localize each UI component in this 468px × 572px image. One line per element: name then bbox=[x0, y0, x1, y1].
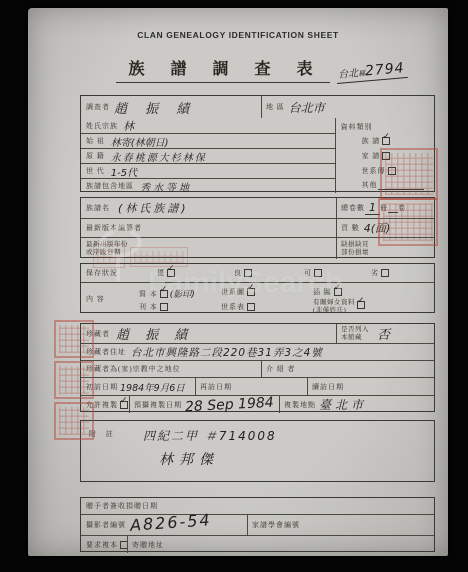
generation-value: 1-5代 bbox=[111, 164, 137, 179]
status-row: 珍藏者為(家)宗教中之地位 介 紹 者 bbox=[81, 360, 434, 377]
lineage-chart-option: 世系圖 ✓ bbox=[221, 287, 257, 297]
owner-table: 珍藏者 趙 振 績 是否列入 本館藏 否 珍藏者住址 台北市興隆路二段220巷3… bbox=[80, 323, 435, 412]
status-label: 珍藏者為(家)宗教中之地位 bbox=[86, 364, 181, 374]
copy-request-row: 要求複本 寄贈地址 bbox=[81, 535, 434, 553]
permit-checkbox: ✓ bbox=[120, 401, 128, 409]
listed-label: 是否列入 本館藏 bbox=[341, 326, 369, 341]
red-seal-stamp-right-lower bbox=[378, 198, 438, 246]
owner-value: 趙 振 績 bbox=[116, 324, 193, 343]
introducer-label: 介 紹 者 bbox=[266, 364, 296, 374]
form-eyebrow-title: CLAN GENEALOGY IDENTIFICATION SHEET bbox=[28, 30, 448, 40]
damage-label: 缺損缺頁 部份損壞 bbox=[341, 241, 369, 256]
microfilm-frame: CLAN GENEALOGY IDENTIFICATION SHEET 族 譜 … bbox=[0, 0, 468, 572]
manuscript-option: 寫 本 ✓ (影印) bbox=[139, 287, 195, 300]
illustration-checkbox: ✓ bbox=[334, 288, 342, 296]
manuscript-note: (影印) bbox=[170, 287, 195, 300]
copy-request-label: 要求複本 bbox=[86, 540, 118, 550]
origin-value: 永春桃源大杉林保 bbox=[111, 149, 207, 164]
visit-row: 初訪日期 1984年9月6日 再訪日期 續訪日期 bbox=[81, 377, 434, 395]
copy-place-label: 複製地點 bbox=[284, 400, 316, 410]
owner-row: 珍藏者 趙 振 績 是否列入 本館藏 否 bbox=[81, 324, 434, 343]
red-seal-stamp-left-2 bbox=[54, 361, 94, 399]
photographer-value: A826-54 bbox=[129, 510, 212, 535]
society-label: 家譜學會編號 bbox=[252, 520, 300, 530]
origin-row: 原 籍 永春桃源大杉林保 bbox=[81, 148, 335, 163]
surveyor-label: 調查者 bbox=[86, 102, 110, 112]
red-seal-stamp-faint-2 bbox=[130, 247, 188, 267]
title-label: 族譜名 bbox=[86, 203, 110, 213]
condition-label: 保存狀況 bbox=[86, 268, 118, 278]
first-visit-value: 1984年9月6日 bbox=[120, 380, 185, 394]
second-visit-cell: 再訪日期 bbox=[195, 378, 307, 395]
region-value: 秀水等地 bbox=[140, 179, 192, 194]
title-value: (林氏族譜) bbox=[118, 200, 189, 216]
category-genealogy-label: 族 譜 bbox=[362, 136, 381, 146]
good-checkbox bbox=[244, 269, 252, 277]
mail-cell: 寄贈地址 bbox=[127, 536, 436, 553]
women-data-checkbox: ✓ bbox=[357, 301, 365, 309]
ancestor-value: 林寄(林朝日) bbox=[111, 134, 169, 149]
red-seal-stamp-right-upper bbox=[380, 148, 438, 200]
content-label: 内 容 bbox=[86, 294, 105, 304]
condition-table: 保存狀況 優✓ 良 可 劣 内 容 寫 本 ✓ (影印 bbox=[80, 263, 435, 313]
category-label: 資料類別 bbox=[341, 122, 373, 132]
fair-checkbox bbox=[314, 269, 322, 277]
society-cell: 家譜學會編號 bbox=[247, 515, 436, 535]
ancestor-row: 始 祖 林寄(林朝日) bbox=[81, 133, 335, 148]
listed-value: 否 bbox=[377, 324, 390, 343]
copy-place-value: 臺北市 bbox=[319, 396, 367, 413]
area-label: 地 區 bbox=[266, 102, 285, 112]
generation-row: 世 代 1-5代 bbox=[81, 163, 335, 178]
women-data-label: 有關婦女資料 (非僅姓氏) bbox=[313, 299, 355, 314]
red-seal-stamp-faint-1 bbox=[93, 244, 125, 268]
editor-label: 最新版本編纂者 bbox=[86, 223, 142, 233]
clan-label: 姓氏宗族 bbox=[86, 121, 118, 131]
next-visit-label: 續訪日期 bbox=[312, 382, 344, 392]
surveyor-value: 趙 振 績 bbox=[114, 98, 196, 117]
red-seal-stamp-left-1 bbox=[54, 320, 94, 358]
red-seal-stamp-left-3 bbox=[54, 402, 94, 440]
photographer-label: 攝影者編號 bbox=[86, 520, 126, 530]
lineage-chart-checkbox: ✓ bbox=[247, 288, 255, 296]
donation-label: 贈予者簽收捐贈日期 bbox=[86, 501, 158, 511]
copy-row: 允許複製 ✓ 預攝複製日期 28 Sep 1984 複製地點 臺北市 bbox=[81, 395, 434, 413]
category-other-label: 其他 bbox=[362, 180, 378, 190]
notes-table: 附 註 四紀二甲 ＃714008 林邦傑 bbox=[80, 420, 435, 482]
copy-date-cell: 預攝複製日期 28 Sep 1984 bbox=[129, 396, 279, 413]
serial-digits: 2794 bbox=[364, 60, 405, 79]
print-option: 刊 本 bbox=[139, 302, 170, 312]
notes-line1: 四紀二甲 ＃714008 bbox=[143, 427, 277, 444]
region-label: 族譜包含地區 bbox=[86, 181, 134, 191]
pages-label: 頁 數 bbox=[341, 223, 360, 233]
copy-date-label: 預攝複製日期 bbox=[134, 400, 182, 410]
introducer-cell: 介 紹 者 bbox=[261, 361, 436, 377]
lineage-table-checkbox bbox=[247, 303, 255, 311]
content-row: 内 容 寫 本 ✓ (影印) 刊 本 世系圖 ✓ 世系表 bbox=[81, 282, 434, 314]
ancestor-label: 始 祖 bbox=[86, 136, 105, 146]
excellent-checkbox: ✓ bbox=[167, 269, 175, 277]
copy-place-cell: 複製地點 臺北市 bbox=[279, 396, 436, 413]
scanned-form-paper: CLAN GENEALOGY IDENTIFICATION SHEET 族 譜 … bbox=[28, 8, 448, 556]
form-title: 族 譜 調 查 表 bbox=[116, 56, 329, 83]
lineage-table-option: 世系表 bbox=[221, 302, 257, 312]
area-cell: 地 區 台北市 bbox=[261, 96, 436, 118]
condition-good: 良 bbox=[234, 268, 254, 278]
copy-date-value: 28 Sep 1984 bbox=[185, 394, 274, 415]
address-value: 台北市興隆路二段220巷31弄3之4號 bbox=[131, 345, 323, 360]
mail-label: 寄贈地址 bbox=[132, 540, 164, 550]
address-row: 珍藏者住址 台北市興隆路二段220巷31弄3之4號 bbox=[81, 343, 434, 360]
condition-poor: 劣 bbox=[371, 268, 391, 278]
illustration-option: 插 圖 ✓ bbox=[313, 287, 344, 297]
notes-line2: 林邦傑 bbox=[159, 449, 219, 469]
area-value: 台北市 bbox=[289, 99, 325, 116]
region-row: 族譜包含地區 秀水等地 bbox=[81, 178, 335, 193]
footer-table: 贈予者簽收捐贈日期 攝影者編號 A826-54 家譜學會編號 要求複本 寄贈地址 bbox=[80, 497, 435, 552]
poor-checkbox bbox=[381, 269, 389, 277]
clan-row: 姓氏宗族 林 bbox=[81, 118, 335, 133]
print-checkbox bbox=[160, 303, 168, 311]
volume-count-label: 總卷數 bbox=[341, 203, 365, 213]
serial-prefix: 台北 bbox=[338, 68, 359, 81]
category-genealogy-checkbox: ✓ bbox=[382, 137, 390, 145]
category-genealogy-option: 族 譜 ✓ bbox=[362, 136, 393, 146]
origin-label: 原 籍 bbox=[86, 151, 105, 161]
second-visit-label: 再訪日期 bbox=[200, 382, 232, 392]
photographer-row: 攝影者編號 A826-54 家譜學會編號 bbox=[81, 514, 434, 535]
women-data-option: 有關婦女資料 (非僅姓氏) ✓ bbox=[313, 299, 367, 314]
surveyor-row: 調查者 趙 振 績 地 區 台北市 bbox=[81, 96, 434, 118]
generation-label: 世 代 bbox=[86, 166, 105, 176]
category-family-label: 家 譜 bbox=[362, 151, 381, 161]
donation-row: 贈予者簽收捐贈日期 bbox=[81, 498, 434, 514]
next-visit-cell: 續訪日期 bbox=[307, 378, 436, 395]
listed-cell: 是否列入 本館藏 否 bbox=[336, 324, 436, 343]
condition-fair: 可 bbox=[304, 268, 324, 278]
manuscript-checkbox: ✓ bbox=[160, 290, 168, 298]
clan-value: 林 bbox=[123, 118, 134, 134]
condition-excellent: 優✓ bbox=[157, 268, 177, 278]
